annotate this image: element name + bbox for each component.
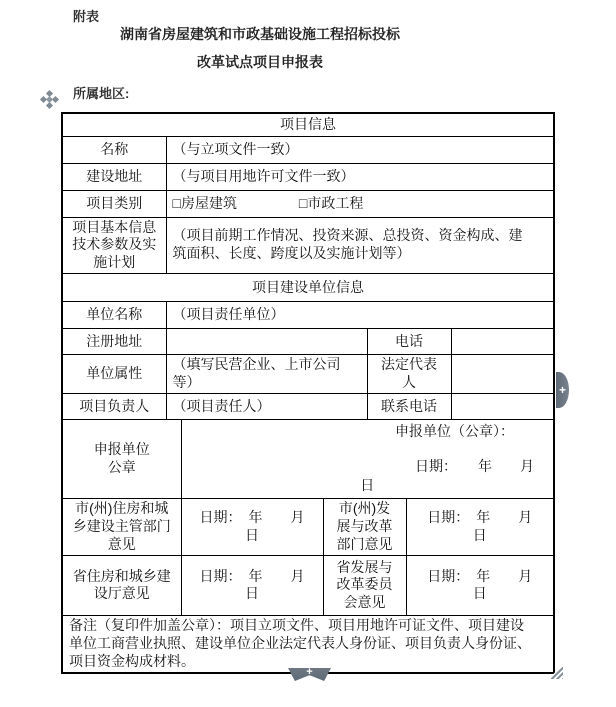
checkbox-option-municipal[interactable]: □市政工程 bbox=[299, 195, 363, 211]
application-form-table: 项目信息 名称 （与立项文件一致） 建设地址 （与项目用地许可文件一致） 项目类… bbox=[61, 112, 555, 674]
add-row-button[interactable]: + bbox=[288, 668, 331, 681]
plus-icon: + bbox=[559, 383, 566, 397]
category-label: 项目类别 bbox=[62, 190, 166, 217]
legal-rep-label: 法定代表 人 bbox=[367, 355, 451, 394]
phone-label: 电话 bbox=[367, 329, 451, 355]
attachment-label: 附表 bbox=[73, 6, 99, 25]
seal-day-char: 日 bbox=[188, 477, 548, 495]
add-column-button[interactable]: + bbox=[556, 372, 569, 408]
city-housing-date-cell[interactable]: 日期： 年 月 日 bbox=[181, 499, 323, 556]
contact-phone-value-cell[interactable] bbox=[451, 394, 554, 420]
name-label: 名称 bbox=[62, 136, 166, 163]
table-row: 项目基本信息 技术参数及实 施计划 （项目前期工作情况、投资来源、总投资、资金构… bbox=[62, 217, 554, 274]
seal-unit-line: 申报单位（公章）： bbox=[188, 423, 548, 441]
table-row: 备注（复印件加盖公章）：项目立项文件、项目用地许可证文件、项目建设 单位工商营业… bbox=[62, 615, 554, 673]
section-header-unit-info: 项目建设单位信息 bbox=[62, 274, 554, 302]
document-title-line1: 湖南省房屋建筑和市政基础设施工程招标投标 bbox=[0, 24, 520, 44]
section-header-project-info: 项目信息 bbox=[62, 113, 554, 136]
city-reform-opinion-label: 市(州)发 展与改革 部门意见 bbox=[323, 499, 406, 556]
contact-phone-label: 联系电话 bbox=[367, 394, 451, 420]
prov-housing-opinion-label: 省住房和城乡建 设厅意见 bbox=[62, 555, 181, 615]
unit-name-value-cell[interactable]: （项目责任单位） bbox=[166, 302, 554, 329]
date-line: 日期： 年 月 bbox=[413, 568, 548, 586]
table-row: 项目信息 bbox=[62, 113, 554, 136]
move-handle-dot bbox=[46, 96, 53, 103]
day-char: 日 bbox=[413, 527, 548, 545]
name-value-cell[interactable]: （与立项文件一致） bbox=[166, 136, 554, 163]
basic-info-value-cell[interactable]: （项目前期工作情况、投资来源、总投资、资金构成、建 筑面积、长度、跨度以及实施计… bbox=[166, 217, 554, 274]
legal-rep-value-cell[interactable] bbox=[451, 355, 554, 394]
table-row: 单位属性 （填写民营企业、上市公司 等） 法定代表 人 bbox=[62, 355, 554, 394]
unit-name-label: 单位名称 bbox=[62, 302, 166, 329]
unit-attr-label: 单位属性 bbox=[62, 355, 166, 394]
category-value-cell: □房屋建筑 □市政工程 bbox=[166, 190, 554, 217]
table-row: 项目负责人 （项目责任人） 联系电话 bbox=[62, 394, 554, 420]
date-line: 日期： 年 月 bbox=[188, 509, 317, 527]
seal-date-line: 日期： 年 月 bbox=[188, 458, 548, 476]
table-row: 建设地址 （与项目用地许可文件一致） bbox=[62, 163, 554, 190]
build-address-value-cell[interactable]: （与项目用地许可文件一致） bbox=[166, 163, 554, 190]
day-char: 日 bbox=[188, 527, 317, 545]
city-housing-opinion-label: 市(州)住房和城 乡建设主管部门 意见 bbox=[62, 499, 181, 556]
seal-label: 申报单位 公章 bbox=[62, 420, 181, 499]
table-move-handle-icon[interactable] bbox=[41, 91, 58, 108]
reg-address-value-cell[interactable] bbox=[166, 329, 367, 355]
manager-label: 项目负责人 bbox=[62, 394, 166, 420]
table-row: 省住房和城乡建 设厅意见 日期： 年 月 日 省发展与 改革委员 会意见 日期：… bbox=[62, 555, 554, 615]
checkbox-option-housing[interactable]: □房屋建筑 bbox=[173, 195, 237, 211]
prov-housing-date-cell[interactable]: 日期： 年 月 日 bbox=[181, 555, 323, 615]
table-row: 市(州)住房和城 乡建设主管部门 意见 日期： 年 月 日 市(州)发 展与改革… bbox=[62, 499, 554, 556]
manager-value-cell[interactable]: （项目责任人） bbox=[166, 394, 367, 420]
table-row: 名称 （与立项文件一致） bbox=[62, 136, 554, 163]
table-row: 单位名称 （项目责任单位） bbox=[62, 302, 554, 329]
unit-attr-value-cell[interactable]: （填写民营企业、上市公司 等） bbox=[166, 355, 367, 394]
seal-area-cell[interactable]: 申报单位（公章）： 日期： 年 月 日 bbox=[181, 420, 554, 499]
city-reform-date-cell[interactable]: 日期： 年 月 日 bbox=[406, 499, 554, 556]
date-line: 日期： 年 月 bbox=[413, 509, 548, 527]
document-title-line2: 改革试点项目申报表 bbox=[0, 52, 520, 72]
document-page: 附表 湖南省房屋建筑和市政基础设施工程招标投标 改革试点项目申报表 所属地区: … bbox=[0, 0, 616, 707]
table-row: 注册地址 电话 bbox=[62, 329, 554, 355]
day-char: 日 bbox=[413, 585, 548, 603]
prov-reform-opinion-label: 省发展与 改革委员 会意见 bbox=[323, 555, 406, 615]
table-row: 项目类别 □房屋建筑 □市政工程 bbox=[62, 190, 554, 217]
reg-address-label: 注册地址 bbox=[62, 329, 166, 355]
phone-value-cell[interactable] bbox=[451, 329, 554, 355]
build-address-label: 建设地址 bbox=[62, 163, 166, 190]
table-row: 项目建设单位信息 bbox=[62, 274, 554, 302]
basic-info-label: 项目基本信息 技术参数及实 施计划 bbox=[62, 217, 166, 274]
date-line: 日期： 年 月 bbox=[188, 568, 317, 586]
region-label: 所属地区: bbox=[73, 83, 129, 102]
table-row: 申报单位 公章 申报单位（公章）： 日期： 年 月 日 bbox=[62, 420, 554, 499]
day-char: 日 bbox=[188, 585, 317, 603]
remark-cell[interactable]: 备注（复印件加盖公章）：项目立项文件、项目用地许可证文件、项目建设 单位工商营业… bbox=[62, 615, 554, 673]
prov-reform-date-cell[interactable]: 日期： 年 月 日 bbox=[406, 555, 554, 615]
